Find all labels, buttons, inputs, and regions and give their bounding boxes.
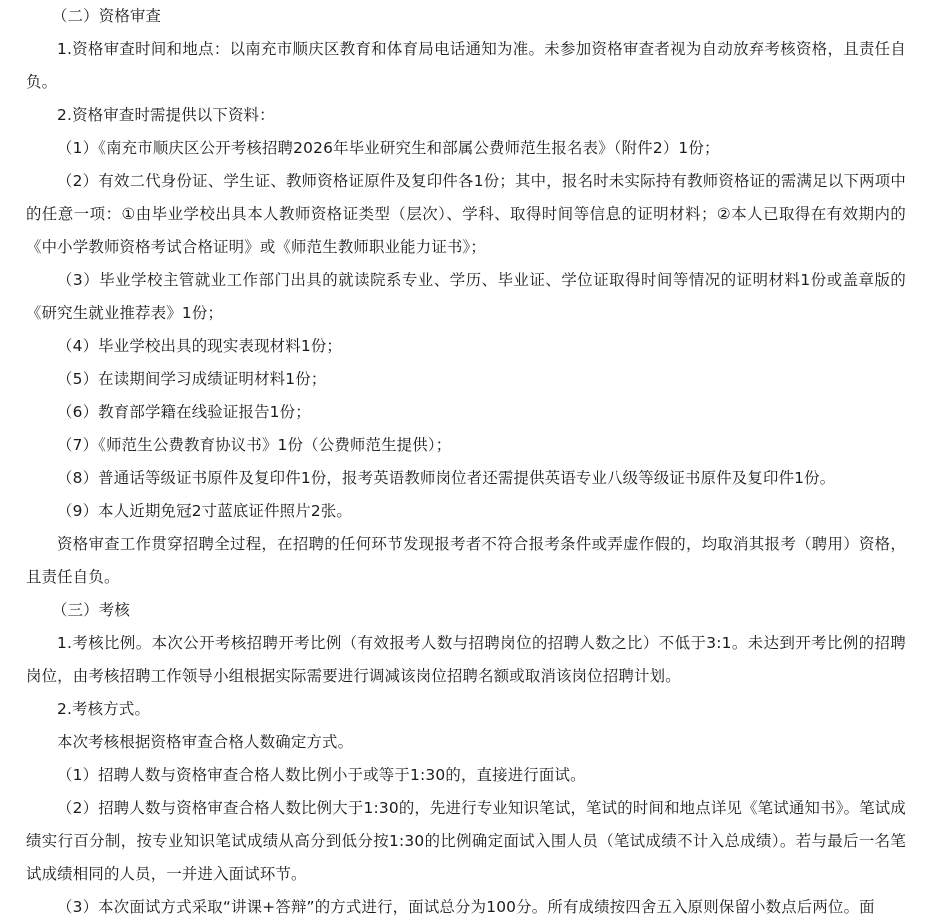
list-item-method-1: （1）招聘人数与资格审查合格人数比例小于或等于1:30的，直接进行面试。 [26, 759, 906, 792]
section-heading-qualification-review: （二）资格审查 [26, 0, 906, 33]
section-heading-assessment: （三）考核 [26, 594, 906, 627]
list-item-material-6: （6）教育部学籍在线验证报告1份； [26, 396, 906, 429]
list-item-material-1: （1）《南充市顺庆区公开考核招聘2026年毕业研究生和部属公费师范生报名表》（附… [26, 132, 906, 165]
list-item-material-9: （9）本人近期免冠2寸蓝底证件照片2张。 [26, 495, 906, 528]
list-item-material-3: （3）毕业学校主管就业工作部门出具的就读院系专业、学历、毕业证、学位证取得时间等… [26, 264, 906, 330]
list-item-material-2: （2）有效二代身份证、学生证、教师资格证原件及复印件各1份；其中，报名时未实际持… [26, 165, 906, 264]
document-body: （二）资格审查 1.资格审查时间和地点：以南充市顺庆区教育和体育局电话通知为准。… [26, 0, 906, 921]
list-item-material-5: （5）在读期间学习成绩证明材料1份； [26, 363, 906, 396]
paragraph-required-materials: 2.资格审查时需提供以下资料： [26, 99, 906, 132]
paragraph-review-throughout: 资格审查工作贯穿招聘全过程，在招聘的任何环节发现报考者不符合报考条件或弄虚作假的… [26, 528, 906, 594]
list-item-material-8: （8）普通话等级证书原件及复印件1份，报考英语教师岗位者还需提供英语专业八级等级… [26, 462, 906, 495]
list-item-method-3: （3）本次面试方式采取“讲课+答辩”的方式进行，面试总分为100分。所有成绩按四… [26, 891, 906, 921]
paragraph-assessment-method: 2.考核方式。 [26, 693, 906, 726]
paragraph-assessment-ratio: 1.考核比例。本次公开考核招聘开考比例（有效报考人数与招聘岗位的招聘人数之比）不… [26, 627, 906, 693]
paragraph-review-time-location: 1.资格审查时间和地点：以南充市顺庆区教育和体育局电话通知为准。未参加资格审查者… [26, 33, 906, 99]
list-item-method-2: （2）招聘人数与资格审查合格人数比例大于1:30的，先进行专业知识笔试，笔试的时… [26, 792, 906, 891]
list-item-material-4: （4）毕业学校出具的现实表现材料1份； [26, 330, 906, 363]
paragraph-method-basis: 本次考核根据资格审查合格人数确定方式。 [26, 726, 906, 759]
list-item-material-7: （7）《师范生公费教育协议书》1份（公费师范生提供）； [26, 429, 906, 462]
